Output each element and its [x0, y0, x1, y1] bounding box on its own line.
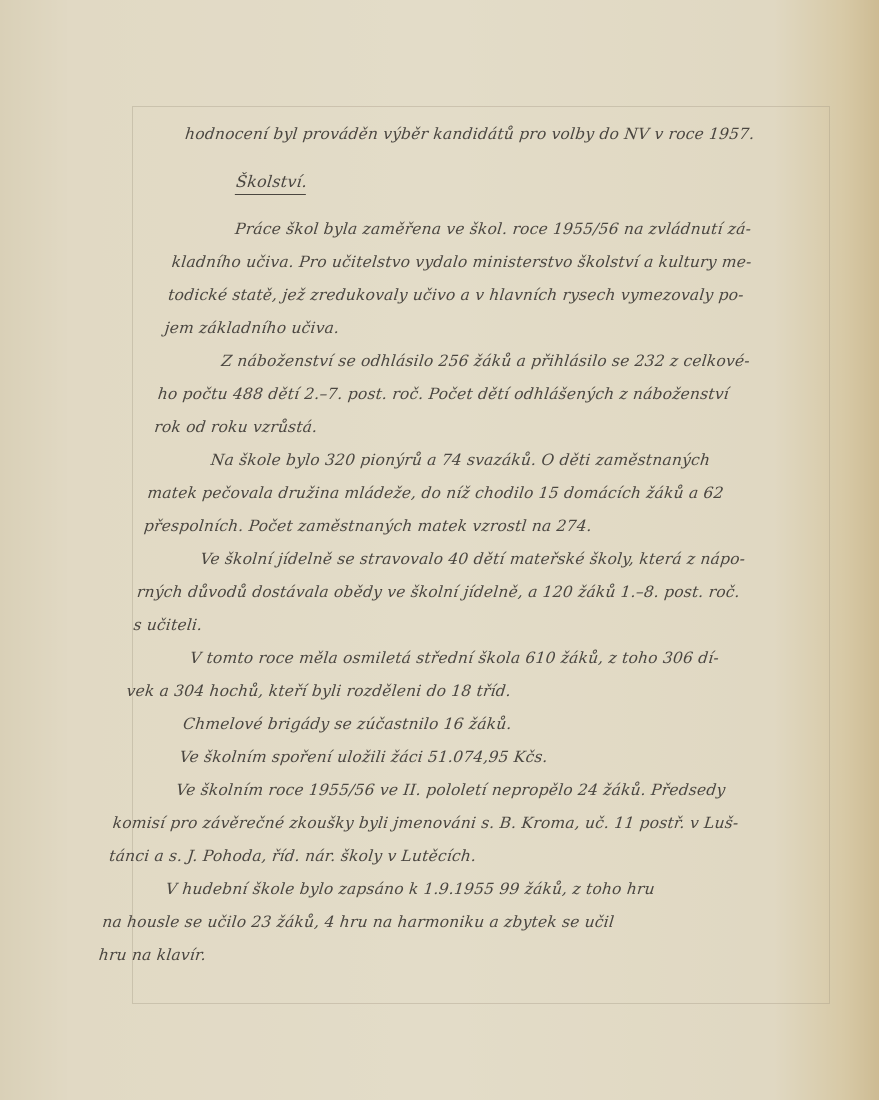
text-line: vek a 304 hochů, kteří byli rozděleni do… [125, 675, 808, 708]
text-line: kladního učiva. Pro učitelstvo vydalo mi… [170, 246, 853, 279]
section-heading: Školství. [235, 170, 309, 195]
text-line: todické statě, jež zredukovaly učivo a v… [166, 279, 849, 312]
text-line: Ve školním roce 1955/56 ve II. pololetí … [114, 774, 797, 807]
text-line: s učiteli. [132, 609, 815, 642]
text-line: přespolních. Počet zaměstnaných matek vz… [142, 510, 825, 543]
text-line: hodnocení byl prováděn výběr kandidátů p… [183, 118, 866, 151]
text-line: Ve školním spoření uložili žáci 51.074,9… [118, 741, 801, 774]
text-line: hru na klavír. [97, 939, 780, 972]
text-line: tánci a s. J. Pohoda, říd. nár. školy v … [108, 840, 791, 873]
text-line: matek pečovala družina mládeže, do níž c… [146, 477, 829, 510]
text-line: rok od roku vzrůstá. [153, 411, 836, 444]
text-line: komisí pro závěrečné zkoušky byli jmenov… [111, 807, 794, 840]
text-line: V tomto roce měla osmiletá střední škola… [128, 642, 811, 675]
text-line: Na škole bylo 320 pionýrů a 74 svazáků. … [149, 444, 832, 477]
text-line: na housle se učilo 23 žáků, 4 hru na har… [101, 906, 784, 939]
text-line: ho počtu 488 dětí 2.–7. post. roč. Počet… [156, 378, 839, 411]
text-line: Chmelové brigády se zúčastnilo 16 žáků. [121, 708, 804, 741]
scanned-page: hodnocení byl prováděn výběr kandidátů p… [0, 0, 879, 1100]
text-line: rných důvodů dostávala obědy ve školní j… [135, 576, 818, 609]
text-line: V hudební škole bylo zapsáno k 1.9.1955 … [104, 873, 787, 906]
section-heading-row: Školství. [177, 151, 864, 213]
text-line: jem základního učiva. [163, 312, 846, 345]
text-line: Ve školní jídelně se stravovalo 40 dětí … [139, 543, 822, 576]
text-line: Z náboženství se odhlásilo 256 žáků a př… [160, 345, 843, 378]
text-line: Práce škol byla zaměřena ve škol. roce 1… [173, 213, 856, 246]
handwritten-text-block: hodnocení byl prováděn výběr kandidátů p… [97, 118, 867, 972]
